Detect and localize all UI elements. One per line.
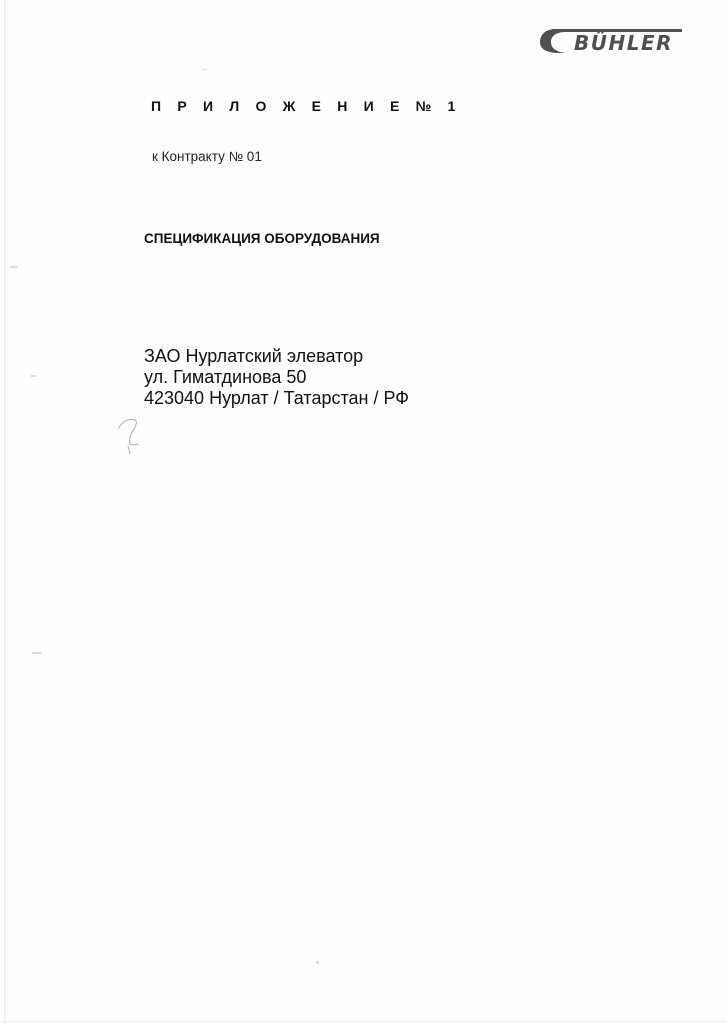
logo-brand-text: BÜHLER: [574, 31, 673, 55]
scan-speck: [202, 69, 208, 70]
appendix-title: П Р И Л О Ж Е Н И Е № 1: [151, 98, 461, 114]
specification-heading: СПЕЦИФИКАЦИЯ ОБОРУДОВАНИЯ: [144, 231, 380, 246]
address-block: ЗАО Нурлатский элеватор ул. Гиматдинова …: [144, 346, 409, 409]
scan-speck: [32, 652, 42, 654]
address-company: ЗАО Нурлатский элеватор: [144, 346, 409, 367]
scan-edge: [4, 0, 5, 1024]
scan-speck: [316, 961, 319, 964]
scan-edge: [0, 1021, 726, 1022]
address-street: ул. Гиматдинова 50: [144, 367, 409, 388]
scan-speck: [30, 375, 36, 377]
address-city: 423040 Нурлат / Татарстан / РФ: [144, 388, 409, 409]
pencil-annotation-mark: [116, 416, 144, 458]
scanned-page: BÜHLER П Р И Л О Ж Е Н И Е № 1 к Контрак…: [0, 0, 726, 1024]
contract-reference: к Контракту № 01: [152, 149, 262, 164]
scan-speck: [10, 266, 18, 268]
company-logo: BÜHLER: [538, 27, 688, 59]
